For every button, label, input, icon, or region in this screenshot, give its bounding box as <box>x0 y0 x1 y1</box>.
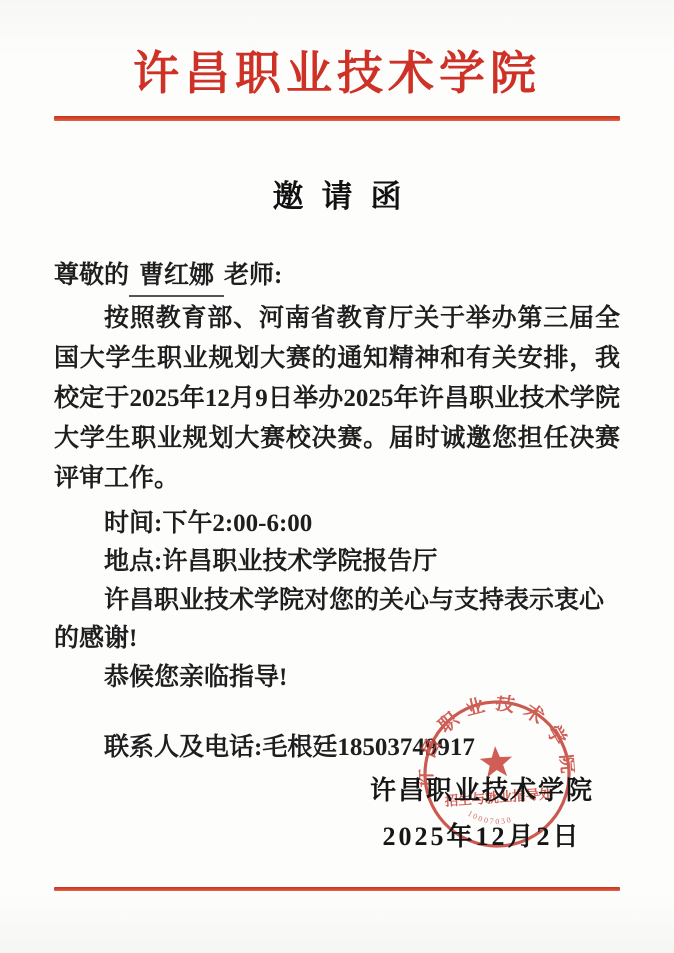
detail-lines: 时间:下午2:00-6:00 地点:许昌职业技术学院报告厅 许昌职业技术学院对您… <box>54 505 620 698</box>
letterhead-school-name: 许昌职业技术学院 <box>0 44 674 104</box>
welcome-line: 恭候您亲临指导! <box>54 659 620 698</box>
letterhead-rule <box>54 116 620 121</box>
salutation-line: 尊敬的曹红娜老师: <box>54 256 620 297</box>
recipient-name: 曹红娜 <box>129 256 224 297</box>
salutation-suffix: 老师: <box>224 262 282 289</box>
signature-date: 2025年12月2日 <box>332 816 632 853</box>
thanks-line: 许昌职业技术学院对您的关心与支持表示衷心的感谢! <box>54 582 620 659</box>
time-line: 时间:下午2:00-6:00 <box>54 505 620 544</box>
salutation-prefix: 尊敬的 <box>54 262 129 289</box>
signature-org: 许昌职业技术学院 <box>332 770 632 807</box>
main-paragraph: 按照教育部、河南省教育厅关于举办第三届全国大学生职业规划大赛的通知精神和有关安排… <box>54 299 620 499</box>
footer-rule <box>54 887 620 891</box>
letter-body: 尊敬的曹红娜老师: 按照教育部、河南省教育厅关于举办第三届全国大学生职业规划大赛… <box>54 256 620 768</box>
document-title: 邀请函 <box>0 171 674 216</box>
signature-block: 许昌职业技术学院 2025年12月2日 <box>332 770 632 853</box>
location-line: 地点:许昌职业技术学院报告厅 <box>54 543 620 582</box>
invitation-letter-page: 许昌职业技术学院 邀请函 尊敬的曹红娜老师: 按照教育部、河南省教育厅关于举办第… <box>0 0 674 953</box>
